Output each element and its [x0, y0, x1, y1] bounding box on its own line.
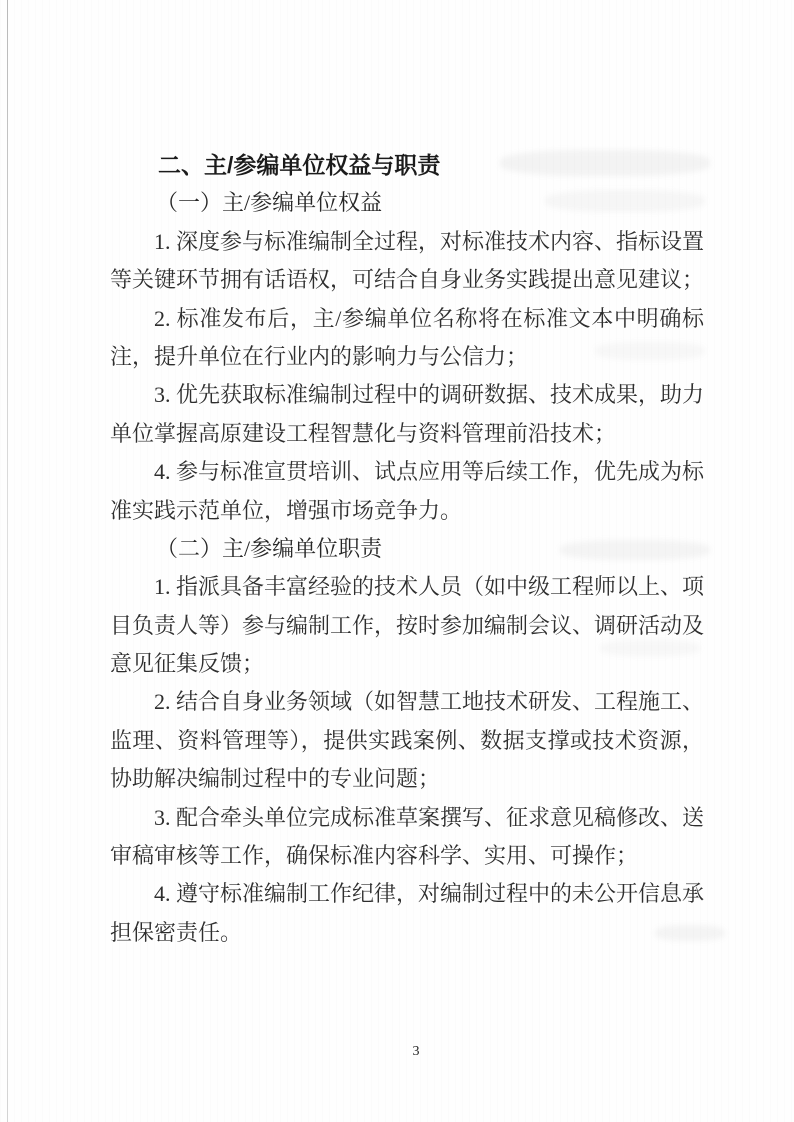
body-line: 2. 结合自身业务领域（如智慧工地技术研发、工程施工、 [110, 683, 704, 721]
body-line: 监理、资料管理等），提供实践案例、数据支撑或技术资源， [110, 722, 704, 760]
body-line: 等关键环节拥有话语权，可结合自身业务实践提出意见建议； [110, 261, 704, 299]
document-page: 二、主/参编单位权益与职责 （一）主/参编单位权益 1. 深度参与标准编制全过程… [0, 0, 794, 1122]
subsection-title-duties: （二）主/参编单位职责 [110, 530, 704, 568]
body-line: 准实践示范单位，增强市场竞争力。 [110, 492, 704, 530]
body-line: 单位掌握高原建设工程智慧化与资料管理前沿技术； [110, 415, 704, 453]
body-line: 审稿审核等工作，确保标准内容科学、实用、可操作； [110, 837, 704, 875]
body-line: 1. 深度参与标准编制全过程，对标准技术内容、指标设置 [110, 223, 704, 261]
section-heading: 二、主/参编单位权益与职责 [110, 146, 704, 184]
body-line: 注，提升单位在行业内的影响力与公信力； [110, 338, 704, 376]
document-body: 二、主/参编单位权益与职责 （一）主/参编单位权益 1. 深度参与标准编制全过程… [110, 146, 704, 952]
body-line: 3. 配合牵头单位完成标准草案撰写、征求意见稿修改、送 [110, 799, 704, 837]
body-line: 目负责人等）参与编制工作，按时参加编制会议、调研活动及 [110, 607, 704, 645]
body-line: 协助解决编制过程中的专业问题； [110, 760, 704, 798]
body-line: 4. 参与标准宣贯培训、试点应用等后续工作，优先成为标 [110, 453, 704, 491]
page-number: 3 [0, 1044, 794, 1060]
subsection-title-rights: （一）主/参编单位权益 [110, 184, 704, 222]
body-line: 3. 优先获取标准编制过程中的调研数据、技术成果，助力 [110, 376, 704, 414]
body-line: 1. 指派具备丰富经验的技术人员（如中级工程师以上、项 [110, 568, 704, 606]
body-line: 意见征集反馈； [110, 645, 704, 683]
body-line: 担保密责任。 [110, 914, 704, 952]
body-line: 4. 遵守标准编制工作纪律，对编制过程中的未公开信息承 [110, 875, 704, 913]
scan-edge-line [7, 0, 8, 1122]
body-line: 2. 标准发布后，主/参编单位名称将在标准文本中明确标 [110, 300, 704, 338]
